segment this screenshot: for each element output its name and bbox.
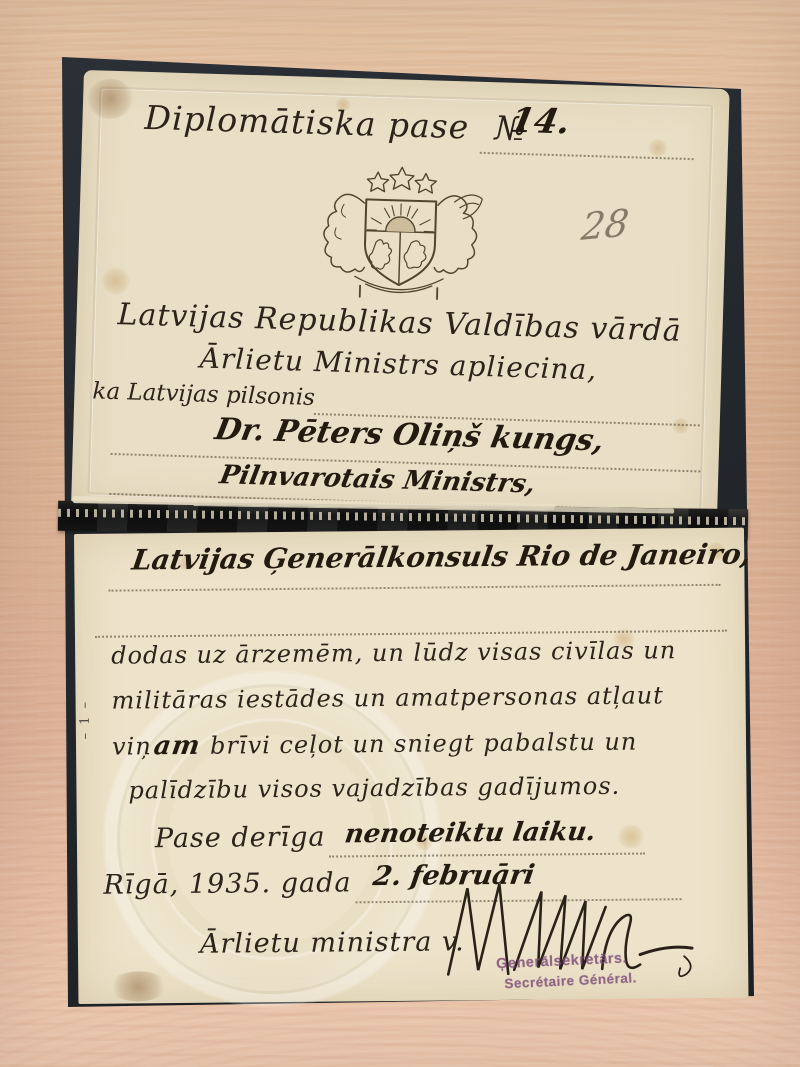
body-line-1: dodas uz ārzemēm, un lūdz visas civīlas … bbox=[111, 636, 676, 669]
body-line-3-handwritten: am bbox=[152, 731, 203, 761]
latvia-coat-of-arms-icon bbox=[305, 163, 495, 306]
passport-page-bottom: – 1 – Latvijas Ģenerālkonsuls Rio de Jan… bbox=[74, 528, 748, 1004]
photo-of-passport: Diplomātiska pase № 14. bbox=[0, 0, 800, 1067]
passport-page-top: Diplomātiska pase № 14. bbox=[71, 70, 730, 529]
passport-number-value: 14. bbox=[507, 101, 574, 143]
position-line: Latvijas Ģenerālkonsuls Rio de Janeiro, bbox=[130, 537, 753, 576]
page-number-marker: – 1 – bbox=[78, 700, 93, 740]
pencil-annotation: 28 bbox=[579, 201, 631, 249]
rule-line bbox=[109, 584, 721, 592]
validity-value: nenoteiktu laiku. bbox=[343, 817, 598, 849]
foxing-stain bbox=[108, 971, 168, 1002]
date-place-printed: Rīgā, 1935. gada bbox=[103, 867, 351, 900]
body-line-3-rest: brīvi ceļot un sniegt pabalstu un bbox=[210, 728, 637, 760]
signature-label: Ārlietu ministra v. bbox=[200, 926, 465, 960]
foxing-stain bbox=[617, 825, 645, 849]
body-line-3-printed: viņ bbox=[112, 732, 152, 760]
body-line-2: militāras iestādes un amatpersonas atļau… bbox=[111, 681, 663, 714]
body-line-3: viņambrīvi ceļot un sniegt pabalstu un bbox=[112, 727, 638, 762]
validity-label: Pase derīga bbox=[155, 822, 326, 855]
body-line-4: palīdzību visos vajadzības gadījumos. bbox=[128, 772, 620, 805]
